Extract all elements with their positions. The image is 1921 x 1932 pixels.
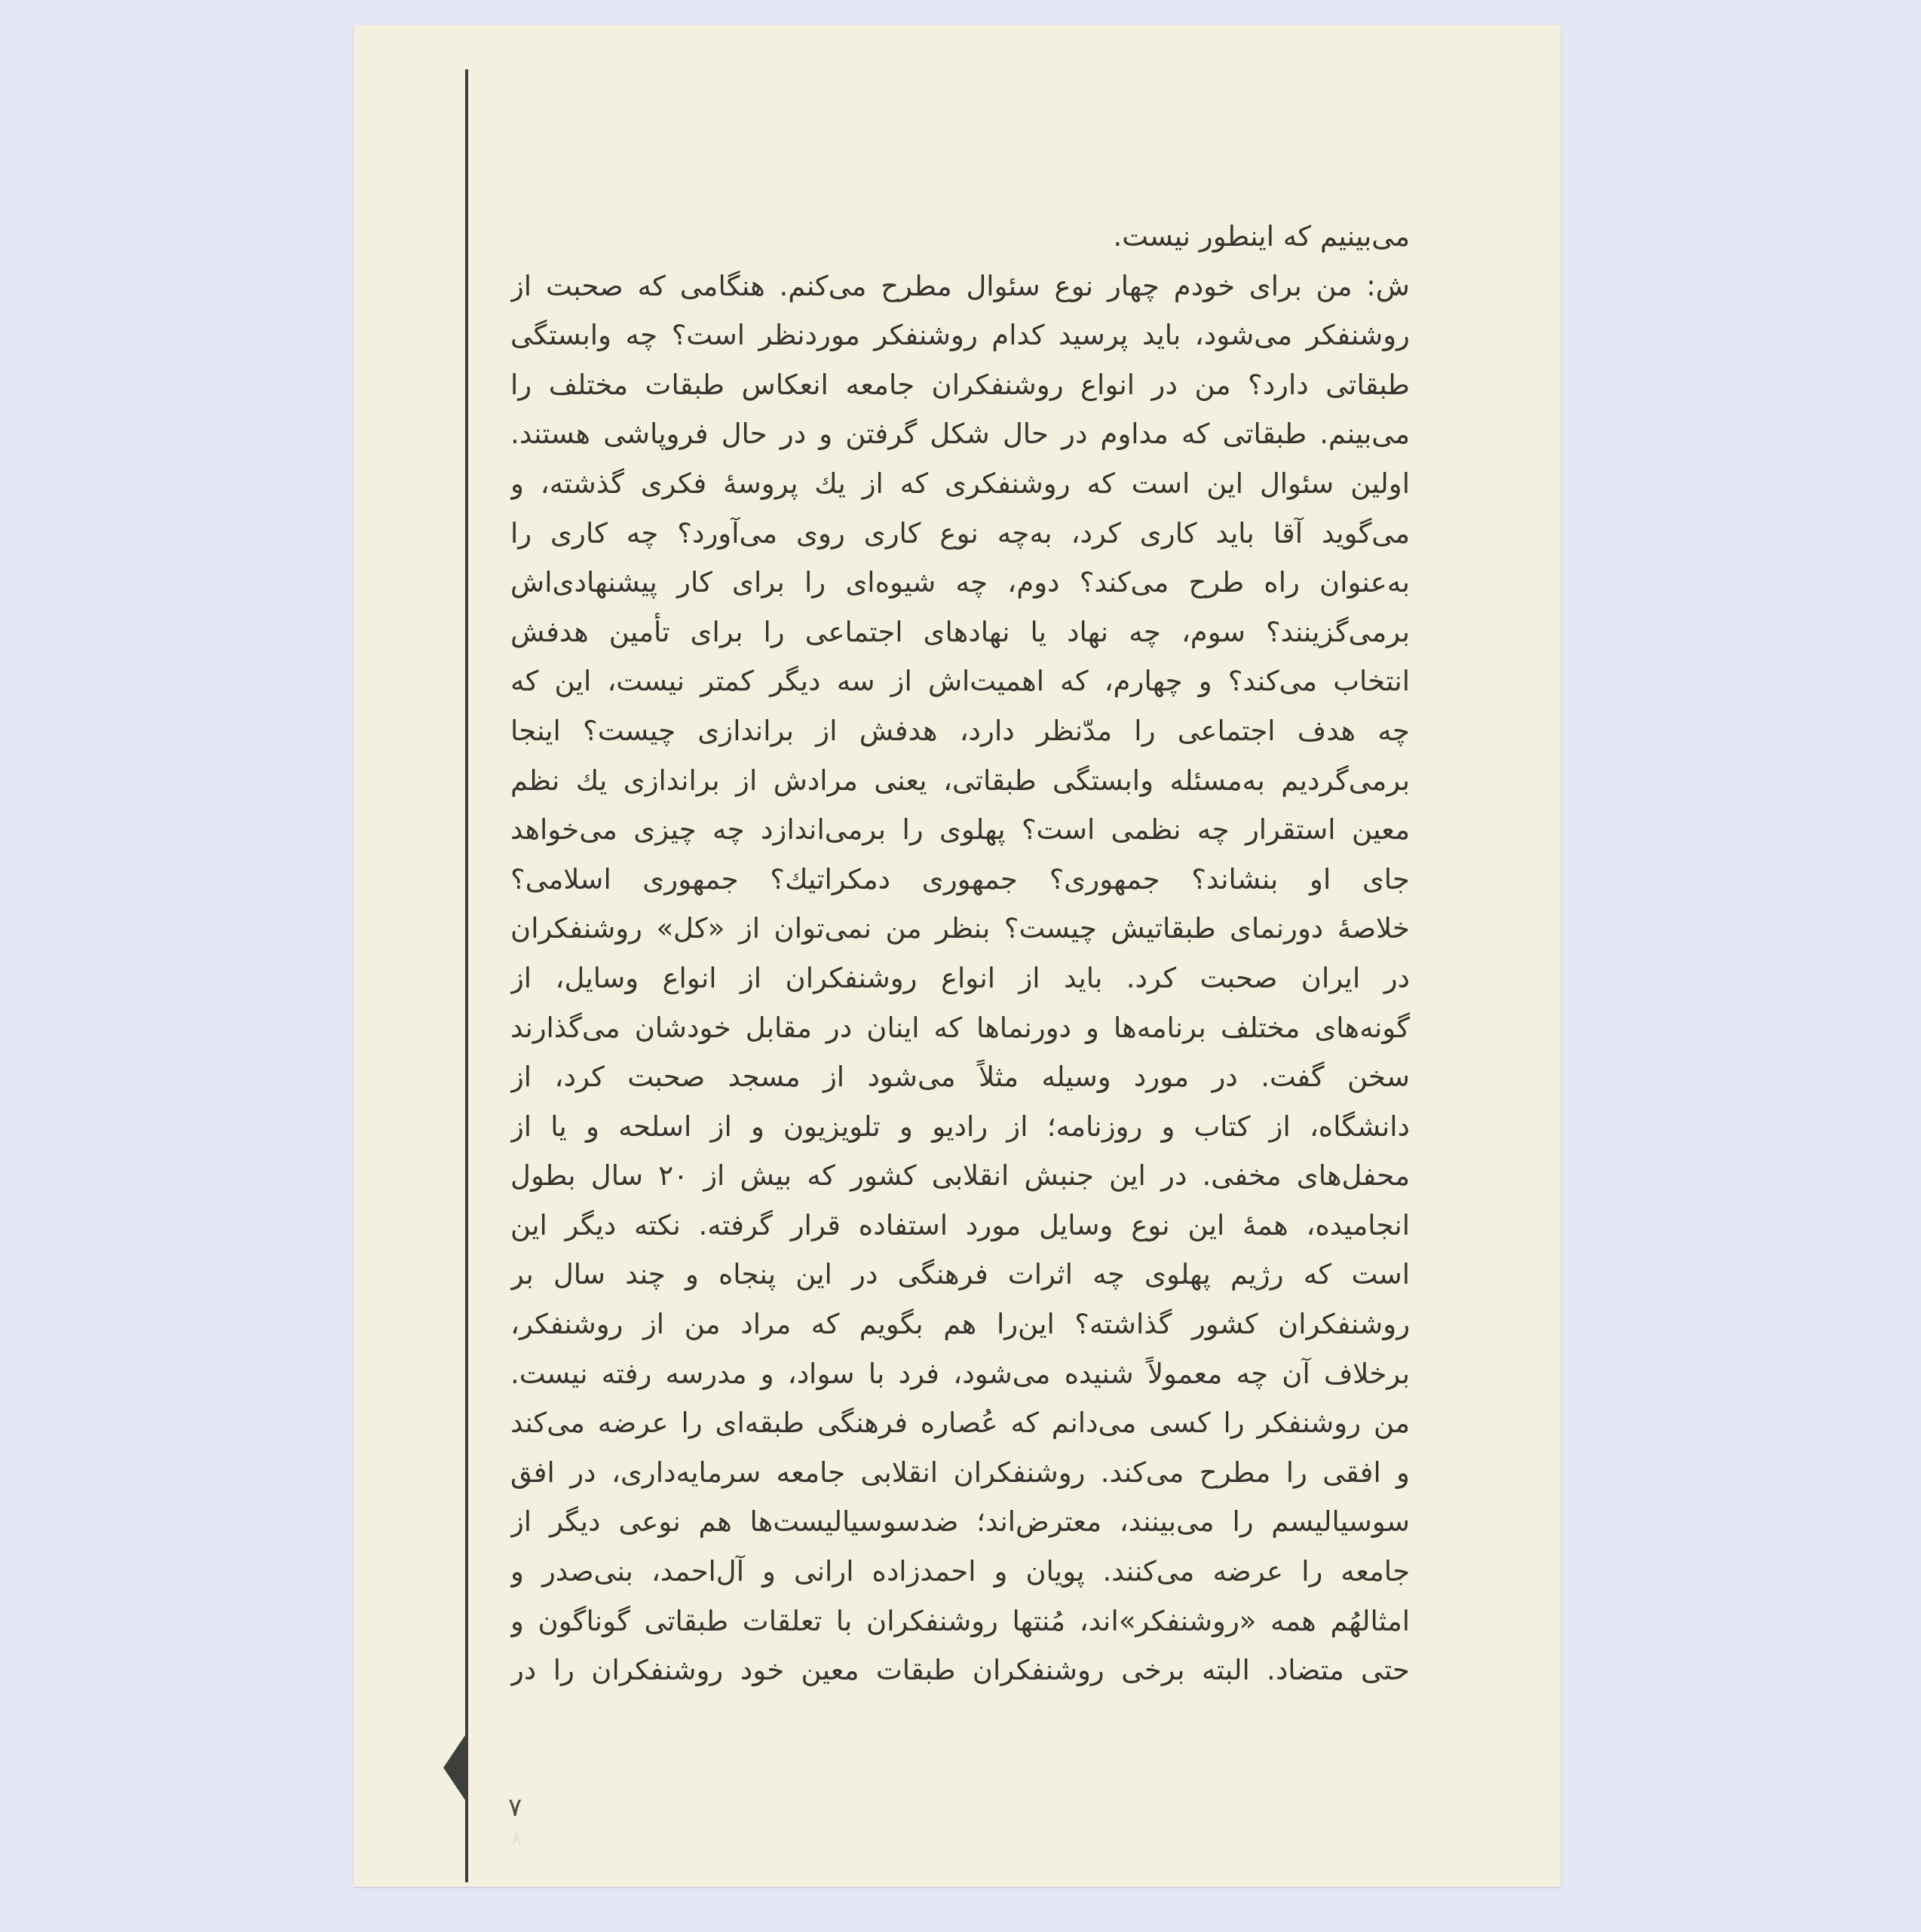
text-line: می‌گوید آقا باید کاری کرد، به‌چه نوع کار… (510, 509, 1410, 559)
text-line: انتخاب می‌کند؟ و چهارم، که اهمیت‌اش از س… (510, 657, 1410, 706)
bleed-through-page-number: ۸ (511, 1828, 522, 1851)
text-line: برخلاف آن چه معمولاً شنیده می‌شود، فرد ب… (510, 1349, 1410, 1399)
text-line: دانشگاه، از کتاب و روزنامه؛ از رادیو و ت… (510, 1102, 1410, 1152)
text-line: حتی متضاد. البته برخی روشنفکران طبقات مع… (510, 1646, 1410, 1695)
text-line: سخن گفت. در مورد وسیله مثلاً می‌شود از م… (510, 1052, 1410, 1102)
text-line: برمی‌گردیم به‌مسئله وابستگی طبقاتی، یعنی… (510, 756, 1410, 806)
text-line: و افقی را مطرح می‌کند. روشنفکران انقلابی… (510, 1448, 1410, 1498)
text-line: امثالهُم همه «روشنفکر»اند، مُنتها روشنفک… (510, 1597, 1410, 1646)
text-line: چه هدف اجتماعی را مدّنظر دارد، هدفش از ب… (510, 706, 1410, 756)
text-line: خلاصهٔ دورنمای طبقاتیش چیست؟ بنظر من نمی… (510, 904, 1410, 954)
margin-rule-line (465, 69, 468, 1882)
page-number: ۷ (508, 1793, 522, 1823)
text-line: به‌عنوان راه طرح می‌کند؟ دوم، چه شیوه‌ای… (510, 558, 1410, 608)
text-line: سوسیالیسم را می‌بینند، معترض‌اند؛ ضدسوسی… (510, 1497, 1410, 1547)
text-line: محفل‌های مخفی. در این جنبش انقلابی کشور … (510, 1151, 1410, 1201)
text-line: جامعه را عرضه می‌کنند. پویان و احمدزاده … (510, 1547, 1410, 1597)
text-line: می‌بینم. طبقاتی که مداوم در حال شکل گرفت… (510, 409, 1410, 459)
text-line: معین استقرار چه نظمی است؟ پهلوی را برمی‌… (510, 805, 1410, 855)
text-line: انجامیده، همهٔ این نوع وسایل مورد استفاد… (510, 1201, 1410, 1251)
text-line: اولین سئوال این است که روشنفکری که از یك… (510, 459, 1410, 509)
text-line: گونه‌های مختلف برنامه‌ها و دورنماها که ا… (510, 1003, 1410, 1053)
text-line: روشنفکران کشور گذاشته؟ این‌را هم بگویم ک… (510, 1300, 1410, 1349)
text-line: جای او بنشاند؟ جمهوری؟ جمهوری دمکراتیك؟ … (510, 855, 1410, 905)
book-page: می‌بینیم که اینطور نیست. ش: من برای خودم… (354, 25, 1561, 1887)
body-text: می‌بینیم که اینطور نیست. ش: من برای خودم… (510, 212, 1410, 1695)
text-line: برمی‌گزینند؟ سوم، چه نهاد یا نهادهای اجت… (510, 608, 1410, 657)
text-line: من روشنفکر را کسی می‌دانم که عُصاره فرهن… (510, 1398, 1410, 1448)
text-line: می‌بینیم که اینطور نیست. (510, 212, 1410, 262)
text-line: در ایران صحبت کرد. باید از انواع روشنفکر… (510, 954, 1410, 1003)
text-line: ش: من برای خودم چهار نوع سئوال مطرح می‌ک… (510, 262, 1410, 311)
page-marker-triangle-icon (443, 1733, 467, 1802)
text-line: روشنفکر می‌شود، باید پرسید کدام روشنفکر … (510, 311, 1410, 360)
text-line: طبقاتی دارد؟ من در انواع روشنفکران جامعه… (510, 360, 1410, 410)
text-line: است که رژیم پهلوی چه اثرات فرهنگی در این… (510, 1250, 1410, 1300)
